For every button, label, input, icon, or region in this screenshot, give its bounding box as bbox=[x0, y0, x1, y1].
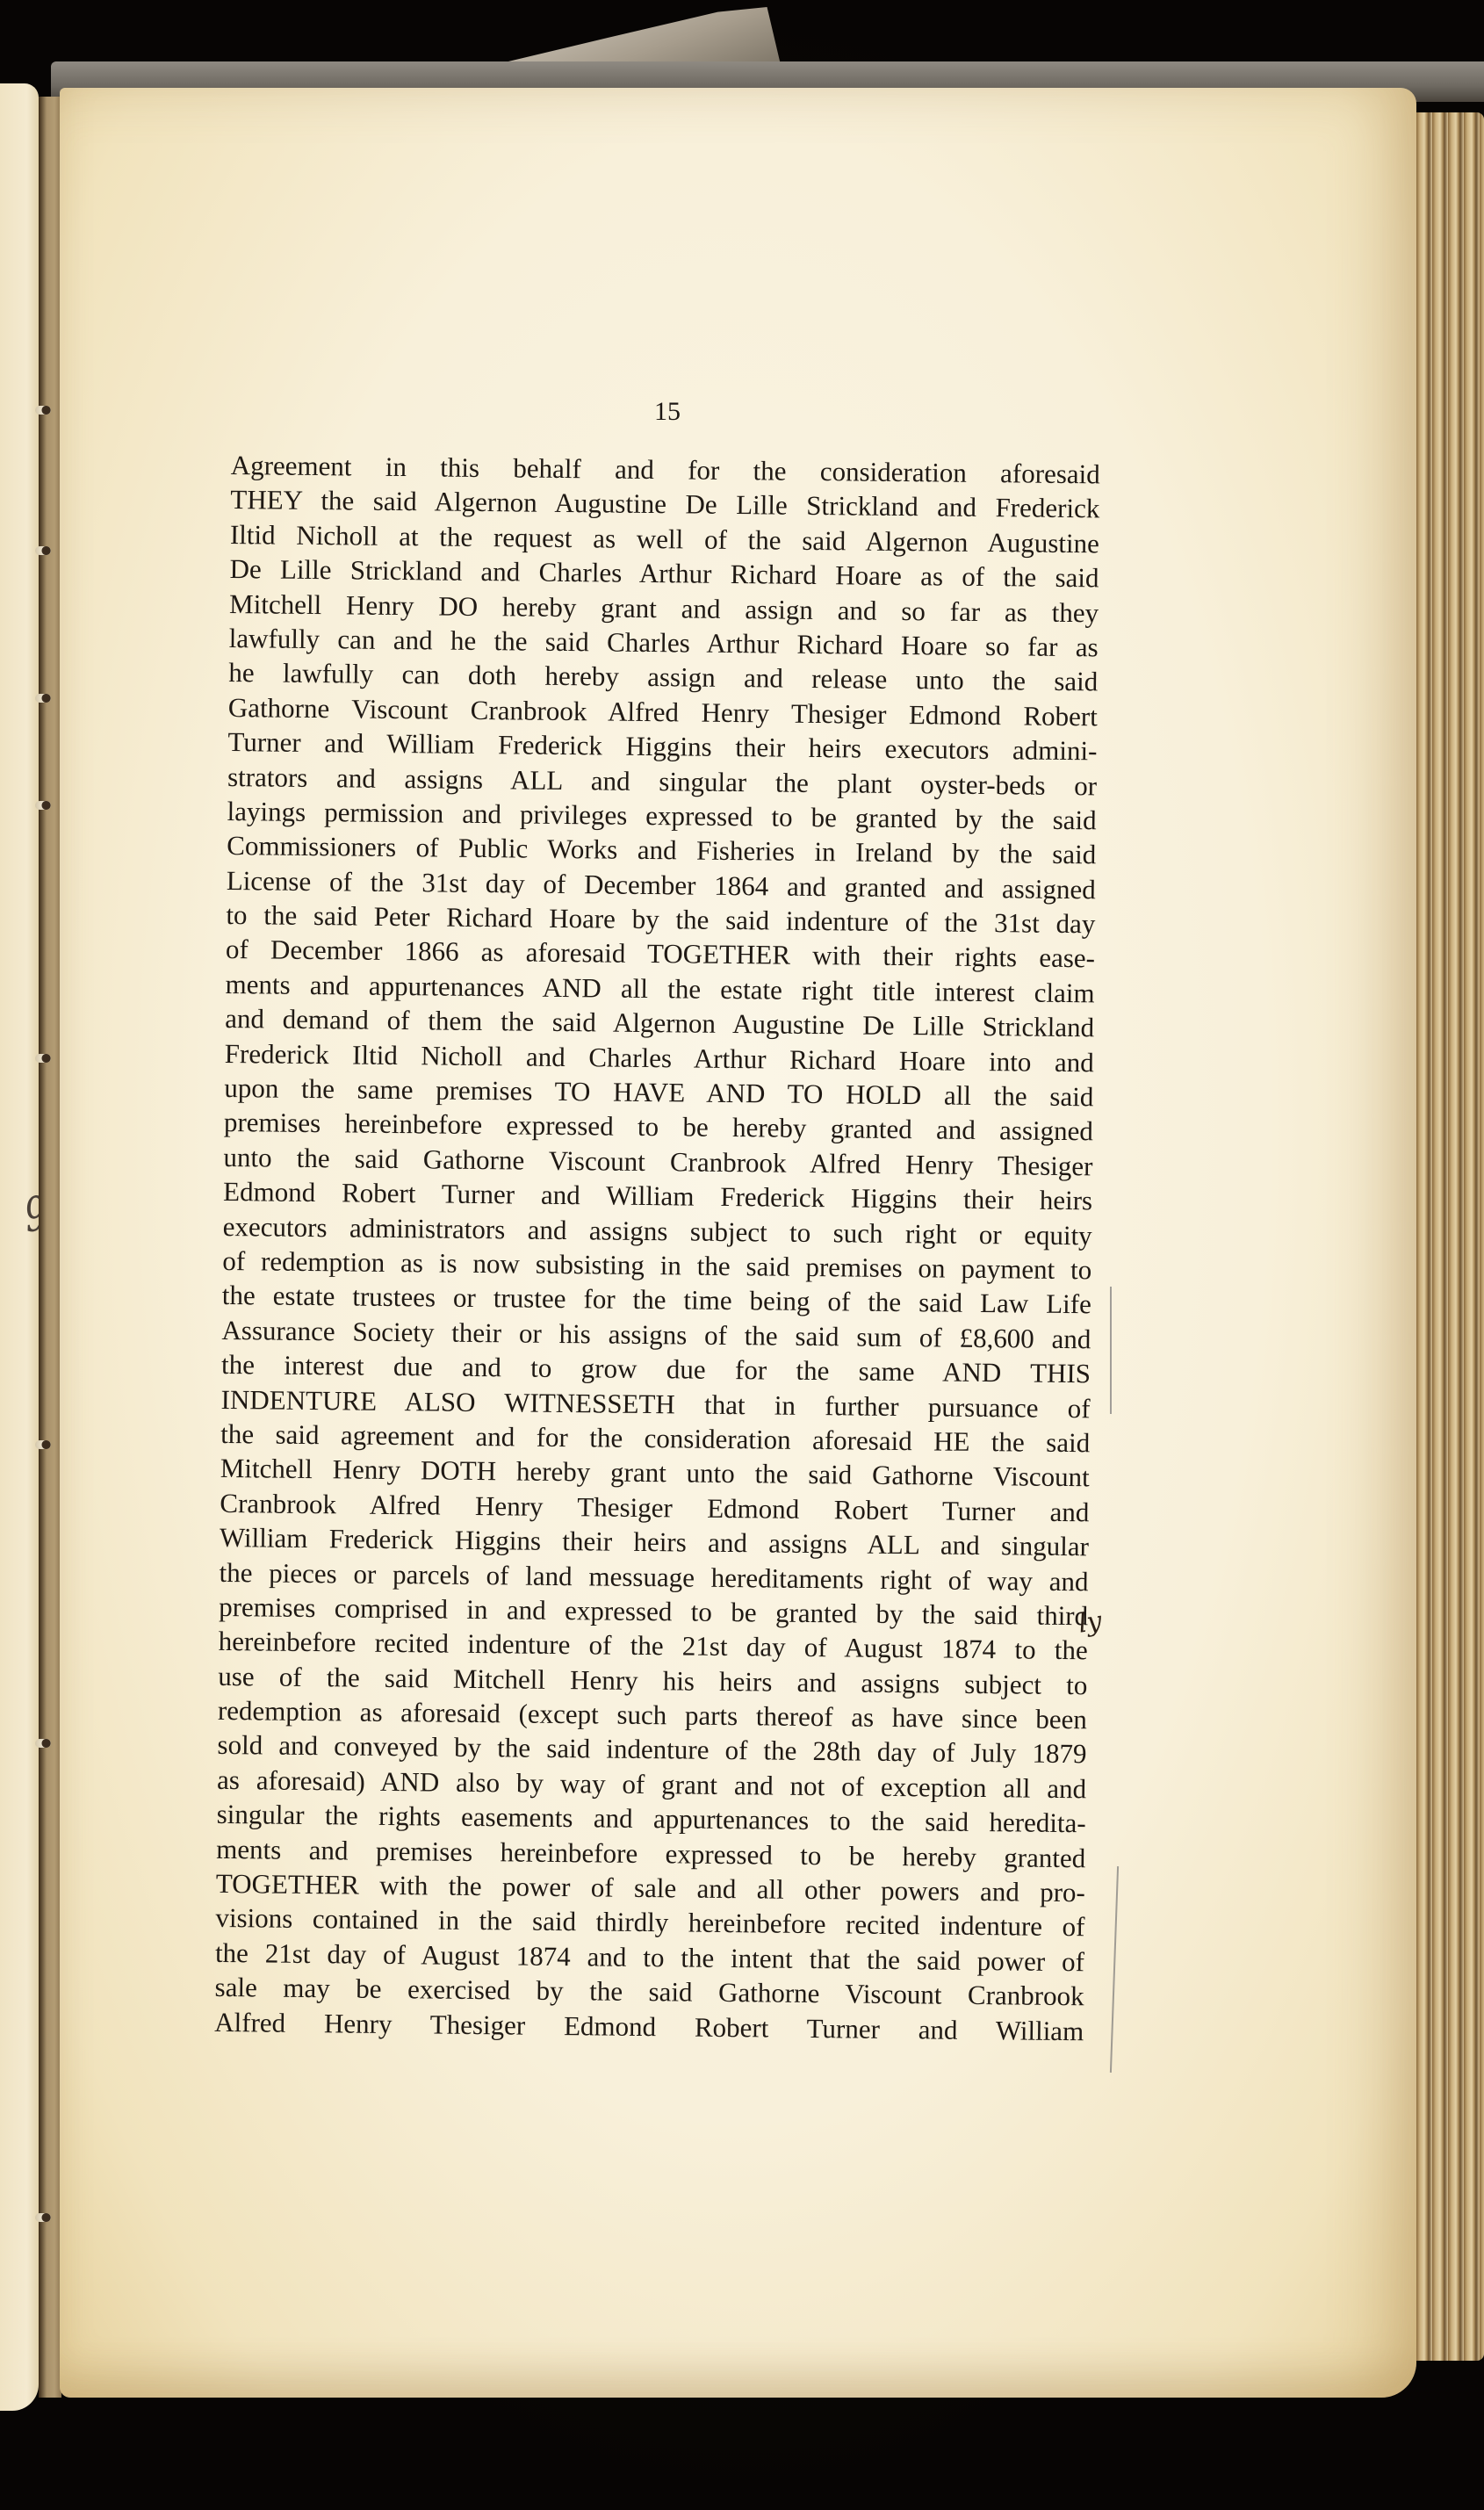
book-gutter bbox=[39, 97, 61, 2398]
binding-stitch bbox=[35, 1739, 51, 1748]
binding-stitch bbox=[35, 1054, 51, 1063]
pencil-margin-mark bbox=[1110, 1287, 1112, 1414]
binding-stitch bbox=[35, 1440, 51, 1449]
previous-page-edge bbox=[0, 83, 39, 2411]
stacked-page-edges bbox=[1416, 112, 1484, 2361]
binding-stitch bbox=[35, 694, 51, 703]
page-number: 15 bbox=[650, 397, 685, 427]
binding-stitch bbox=[35, 2213, 51, 2222]
binding-stitch bbox=[35, 801, 51, 810]
binding-stitch bbox=[35, 546, 51, 555]
body-text: Agreement in this behalf and for the con… bbox=[214, 448, 1100, 2048]
binding-stitch bbox=[35, 406, 51, 415]
handwritten-insert: ly bbox=[1077, 1605, 1104, 1639]
